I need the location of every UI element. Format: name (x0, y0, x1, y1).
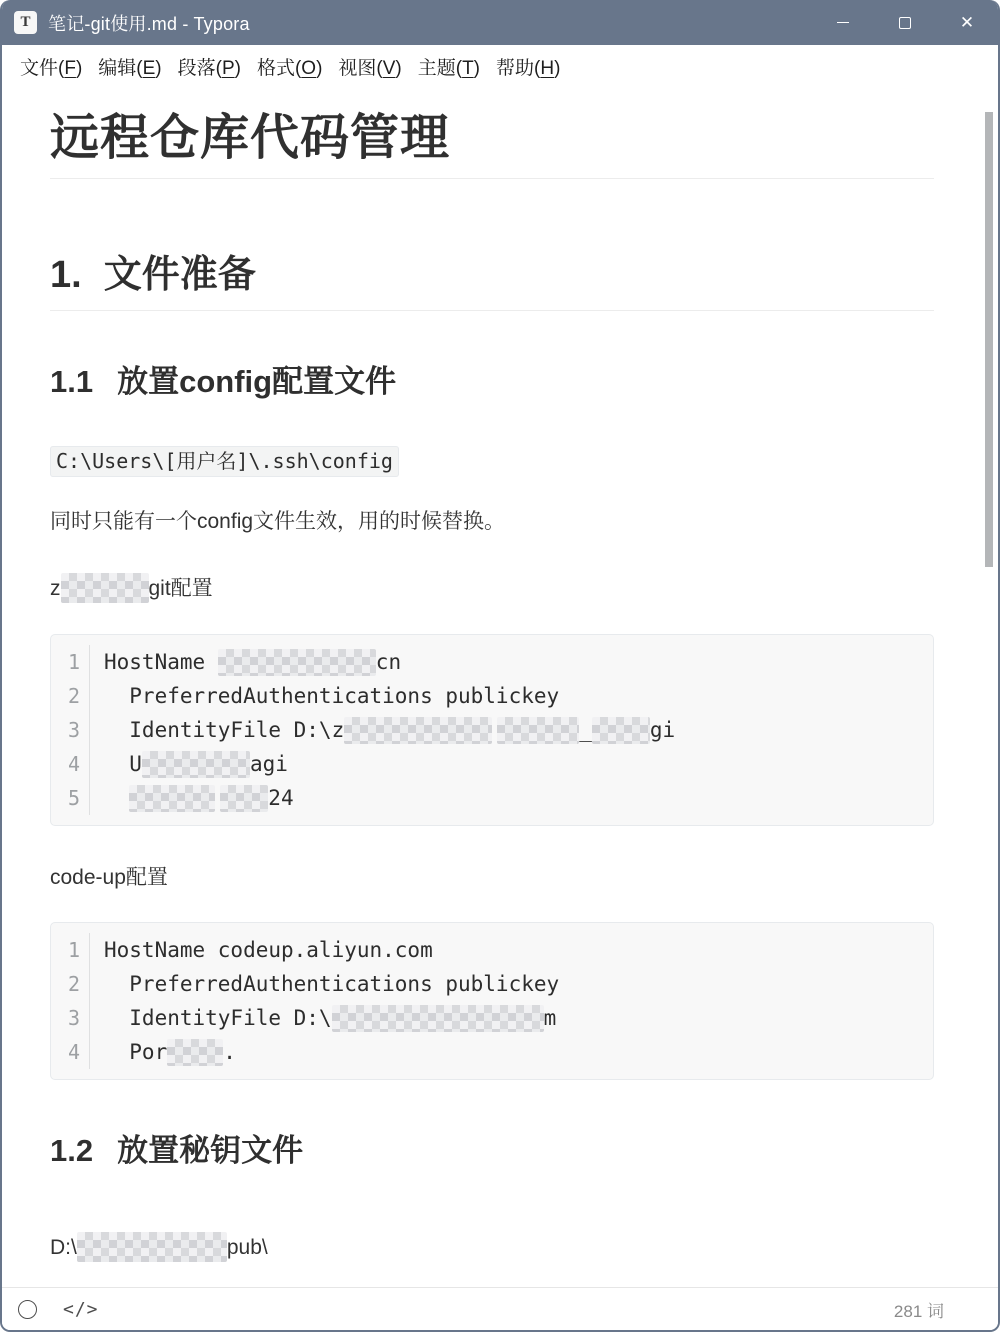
typora-window: T 笔记-git使用.md - Typora ✕ 文件(F) 编辑(E) 段落(… (0, 0, 1000, 1332)
code-line[interactable]: 5 24 (51, 781, 933, 815)
text-segment: gi (650, 718, 675, 742)
text-segment: HostName (104, 650, 218, 674)
redaction-mosaic (218, 649, 376, 676)
paragraph-key-path[interactable]: D:\pub\ (50, 1232, 934, 1263)
menu-item-format[interactable]: 格式(O) (249, 49, 330, 84)
redaction-mosaic (344, 717, 492, 744)
heading-text: 文件准备 (104, 254, 256, 296)
line-number: 4 (51, 1035, 90, 1069)
heading-text: 放置config配置文件 (117, 364, 396, 399)
paragraph-config-path[interactable]: C:\Users\[用户名]\.ssh\config (50, 447, 934, 477)
text-segment: 24 (268, 786, 293, 810)
close-button[interactable]: ✕ (936, 0, 998, 45)
menu-label: 文件( (20, 58, 64, 79)
code-text: PreferredAuthentications publickey (90, 967, 559, 1001)
text-segment: agi (250, 752, 288, 776)
redaction-mosaic (332, 1005, 544, 1032)
text-segment: PreferredAuthentications publickey (104, 972, 559, 996)
code-line[interactable]: 2 PreferredAuthentications publickey (51, 967, 933, 1001)
code-line[interactable]: 2 PreferredAuthentications publickey (51, 679, 933, 713)
menu-label: 主题( (418, 58, 462, 79)
heading-number: 1.1 (50, 364, 93, 400)
menu-label: ) (395, 58, 401, 79)
minimize-icon (837, 22, 849, 23)
menu-mnemonic: E (143, 58, 156, 79)
text-segment: cn (376, 650, 401, 674)
menu-label: 段落( (178, 58, 222, 79)
line-number: 3 (51, 713, 90, 747)
menu-label: 编辑( (98, 58, 142, 79)
text-segment (104, 786, 129, 810)
text-segment: z (50, 577, 61, 600)
menu-item-help[interactable]: 帮助(H) (488, 49, 568, 84)
code-line[interactable]: 1 HostName codeup.aliyun.com (51, 933, 933, 967)
menu-item-paragraph[interactable]: 段落(P) (170, 49, 249, 84)
menu-bar: 文件(F) 编辑(E) 段落(P) 格式(O) 视图(V) 主题(T) 帮助(H… (2, 45, 998, 88)
text-segment: HostName codeup.aliyun.com (104, 938, 433, 962)
code-line[interactable]: 4 Por. (51, 1035, 933, 1069)
menu-label: ) (76, 58, 82, 79)
menu-mnemonic: P (222, 58, 235, 79)
paragraph-codeup-config-label[interactable]: code-up配置 (50, 863, 934, 893)
text-segment: git配置 (149, 577, 213, 600)
source-code-mode-icon[interactable]: </> (63, 1299, 99, 1320)
code-text: IdentityFile D:\z_gi (90, 713, 675, 747)
menu-label: 帮助( (496, 58, 540, 79)
menu-label: ) (474, 58, 480, 79)
title-bar[interactable]: T 笔记-git使用.md - Typora ✕ (2, 0, 998, 45)
menu-label: 格式( (257, 58, 301, 79)
outline-toggle-icon[interactable] (18, 1300, 37, 1319)
typora-app-icon: T (14, 11, 37, 34)
menu-label: 视图( (338, 58, 382, 79)
menu-mnemonic: H (540, 58, 554, 79)
maximize-button[interactable] (874, 0, 936, 45)
menu-mnemonic: F (64, 58, 76, 79)
paragraph-git-config-label[interactable]: zgit配置 (50, 573, 934, 604)
menu-mnemonic: O (301, 58, 316, 79)
paragraph-config-note[interactable]: 同时只能有一个config文件生效，用的时候替换。 (50, 507, 934, 537)
window-title: 笔记-git使用.md - Typora (48, 10, 250, 36)
editor-area[interactable]: 远程仓库代码管理 1.文件准备 1.1放置config配置文件 C:\Users… (2, 109, 998, 1328)
menu-mnemonic: V (383, 58, 396, 79)
line-number: 1 (51, 645, 90, 679)
code-line[interactable]: 3 IdentityFile D:\m (51, 1001, 933, 1035)
code-block-codeup-config[interactable]: 1 HostName codeup.aliyun.com 2 Preferred… (50, 922, 934, 1080)
line-number: 3 (51, 1001, 90, 1035)
heading-number: 1. (50, 254, 82, 297)
line-number: 2 (51, 967, 90, 1001)
redaction-mosaic (220, 785, 268, 812)
redaction-mosaic (129, 785, 215, 812)
code-line[interactable]: 1 HostName cn (51, 645, 933, 679)
code-block-git-config[interactable]: 1 HostName cn 2 PreferredAuthentications… (50, 634, 934, 826)
doc-title-h1[interactable]: 远程仓库代码管理 (50, 109, 934, 179)
redaction-mosaic (592, 717, 650, 744)
heading-1-file-prep[interactable]: 1.文件准备 (50, 243, 934, 311)
code-text: HostName codeup.aliyun.com (90, 933, 433, 967)
heading-1-1-config[interactable]: 1.1放置config配置文件 (50, 356, 934, 401)
redaction-mosaic (61, 573, 149, 603)
redaction-mosaic (167, 1039, 223, 1066)
word-count: 281 词 (894, 1297, 944, 1322)
text-segment: IdentityFile D:\ (104, 1006, 332, 1030)
menu-item-file[interactable]: 文件(F) (12, 49, 90, 84)
menu-label: ) (235, 58, 241, 79)
minimize-button[interactable] (812, 0, 874, 45)
line-number: 2 (51, 679, 90, 713)
code-text: 24 (90, 781, 294, 815)
text-segment: Por (104, 1040, 167, 1064)
text-segment: IdentityFile D:\z (104, 718, 344, 742)
maximize-icon (899, 17, 911, 29)
code-text: HostName cn (90, 645, 401, 679)
text-segment: _ (579, 718, 592, 742)
menu-item-theme[interactable]: 主题(T) (410, 49, 488, 84)
text-segment: . (223, 1040, 236, 1064)
menu-label: ) (554, 58, 560, 79)
heading-number: 1.2 (50, 1133, 93, 1169)
close-icon: ✕ (960, 14, 974, 31)
menu-mnemonic: T (462, 58, 474, 79)
text-segment: U (104, 752, 142, 776)
heading-1-2-keys[interactable]: 1.2放置秘钥文件 (50, 1125, 934, 1170)
line-number: 4 (51, 747, 90, 781)
window-controls: ✕ (812, 0, 998, 45)
text-segment: m (544, 1006, 557, 1030)
line-number: 5 (51, 781, 90, 815)
inline-code-config-path: C:\Users\[用户名]\.ssh\config (50, 446, 399, 477)
redaction-mosaic (497, 717, 579, 744)
redaction-mosaic (77, 1232, 227, 1262)
code-line[interactable]: 3 IdentityFile D:\z_gi (51, 713, 933, 747)
code-text: IdentityFile D:\m (90, 1001, 556, 1035)
menu-label: ) (155, 58, 161, 79)
status-bar: </> 281 词 (2, 1287, 998, 1330)
text-segment: D:\ (50, 1236, 77, 1259)
menu-item-edit[interactable]: 编辑(E) (90, 49, 169, 84)
text-segment: pub\ (227, 1236, 268, 1259)
line-number: 1 (51, 933, 90, 967)
text-segment: PreferredAuthentications publickey (104, 684, 559, 708)
code-text: Por. (90, 1035, 236, 1069)
heading-text: 放置秘钥文件 (117, 1133, 303, 1168)
menu-label: ) (316, 58, 322, 79)
code-line[interactable]: 4 Uagi (51, 747, 933, 781)
redaction-mosaic (142, 751, 250, 778)
vertical-scrollbar-thumb[interactable] (985, 112, 993, 567)
code-text: Uagi (90, 747, 288, 781)
code-text: PreferredAuthentications publickey (90, 679, 559, 713)
menu-item-view[interactable]: 视图(V) (330, 49, 409, 84)
